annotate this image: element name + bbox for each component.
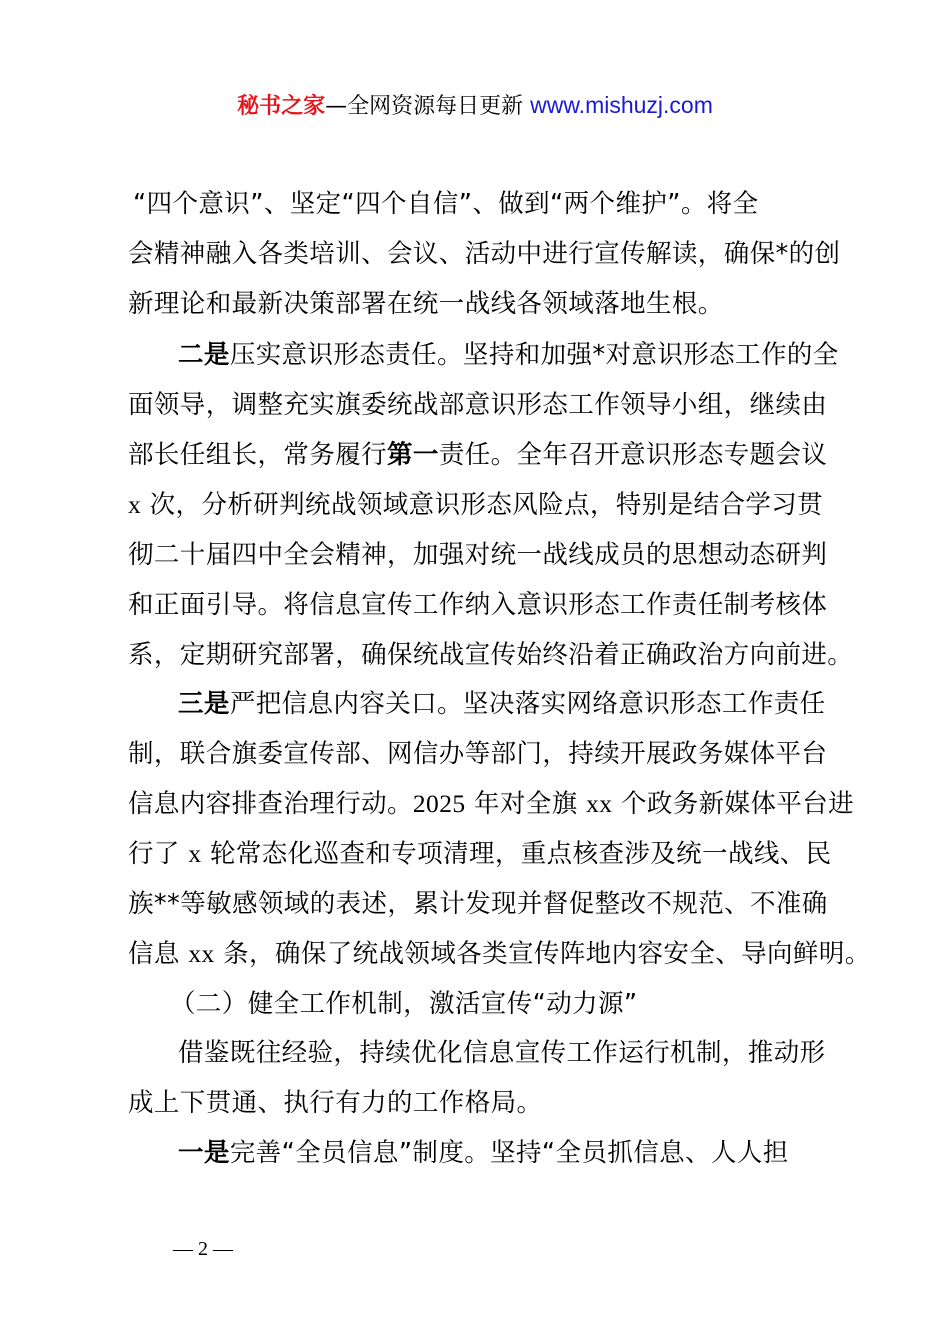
page-number: — 2 — — [173, 1238, 233, 1261]
bold-lead: 二是 — [178, 340, 230, 370]
text-line: 会精神融入各类培训、会议、活动中进行宣传解读，确保*的创 — [128, 236, 838, 272]
site-header-banner: 秘书之家—全网资源每日更新 www.mishuzj.com — [0, 88, 950, 124]
paragraph-2-first-line: 二是压实意识形态责任。坚持和加强*对意识形态工作的全 — [178, 337, 888, 373]
text-line: “四个意识”、坚定“四个自信”、做到“两个维护”。将全 — [133, 186, 843, 222]
text-line: 和正面引导。将信息宣传工作纳入意识形态工作责任制考核体 — [128, 587, 838, 623]
text-line: 借鉴既往经验，持续优化信息宣传工作运行机制，推动形 — [178, 1035, 888, 1071]
text-line: 新理论和最新决策部署在统一战线各领域落地生根。 — [128, 286, 838, 322]
text-line: 部长任组长，常务履行第一责任。全年召开意识形态专题会议 — [128, 437, 838, 473]
text-line: 彻二十届四中全会精神，加强对统一战线成员的思想动态研判 — [128, 537, 838, 573]
slogan: —全网资源每日更新 — [325, 94, 530, 119]
site-url-link[interactable]: www.mishuzj.com — [530, 92, 713, 118]
paragraph-3-first-line: 三是严把信息内容关口。坚决落实网络意识形态工作责任 — [178, 686, 888, 722]
text-line: 族**等敏感领域的表述，累计发现并督促整改不规范、不准确 — [128, 886, 838, 922]
text-line: 信息 xx 条，确保了统战领域各类宣传阵地内容安全、导向鲜明。 — [128, 936, 838, 972]
text-line: x 次，分析研判统战领域意识形态风险点，特别是结合学习贯 — [128, 487, 838, 523]
text-line: 信息内容排查治理行动。2025 年对全旗 xx 个政务新媒体平台进 — [128, 786, 838, 822]
section-heading: （二）健全工作机制，激活宣传“动力源” — [170, 986, 880, 1022]
bold-emphasis: 第一 — [387, 440, 439, 470]
text-line: 成上下贯通、执行有力的工作格局。 — [128, 1085, 838, 1121]
brand-name: 秘书之家 — [237, 94, 325, 119]
text-line: 系，定期研究部署，确保统战宣传始终沿着正确政治方向前进。 — [128, 637, 838, 673]
paragraph-5-first-line: 一是完善“全员信息”制度。坚持“全员抓信息、人人担 — [178, 1135, 888, 1171]
text-line: 制，联合旗委宣传部、网信办等部门，持续开展政务媒体平台 — [128, 736, 838, 772]
bold-lead: 一是 — [178, 1138, 230, 1168]
bold-lead: 三是 — [178, 689, 230, 719]
text-line: 面领导，调整充实旗委统战部意识形态工作领导小组，继续由 — [128, 387, 838, 423]
text-line: 行了 x 轮常态化巡查和专项清理，重点核查涉及统一战线、民 — [128, 836, 838, 872]
